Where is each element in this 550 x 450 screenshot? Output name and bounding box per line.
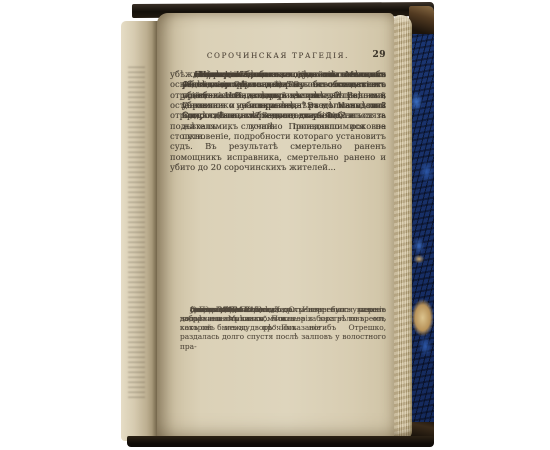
running-title: СОРОЧИНСКАЯ ТРАГЕДІЯ. <box>170 51 386 60</box>
footnote: *) Показанія: свящ. Греченко (листъ дѣла… <box>170 305 386 385</box>
body-text: убѣжденіямъ, обѣщалъ ходатайствовать объ… <box>170 69 386 307</box>
leather-corner-top <box>409 6 434 34</box>
page-fore-edge-stack <box>393 15 412 440</box>
book-photo: СОРОЧИНСКАЯ ТРАГЕДІЯ. 29 убѣжденіямъ, об… <box>0 0 550 450</box>
book-bottom-edge <box>127 436 434 447</box>
left-page-edge <box>121 21 159 441</box>
left-page-blurred-text <box>128 63 145 398</box>
gold-wear-fleck <box>413 254 425 264</box>
marbled-cover-right <box>409 6 434 442</box>
gold-wear-patch <box>410 297 433 343</box>
page-number: 29 <box>372 50 386 60</box>
running-head: СОРОЧИНСКАЯ ТРАГЕДІЯ. 29 <box>170 50 386 62</box>
